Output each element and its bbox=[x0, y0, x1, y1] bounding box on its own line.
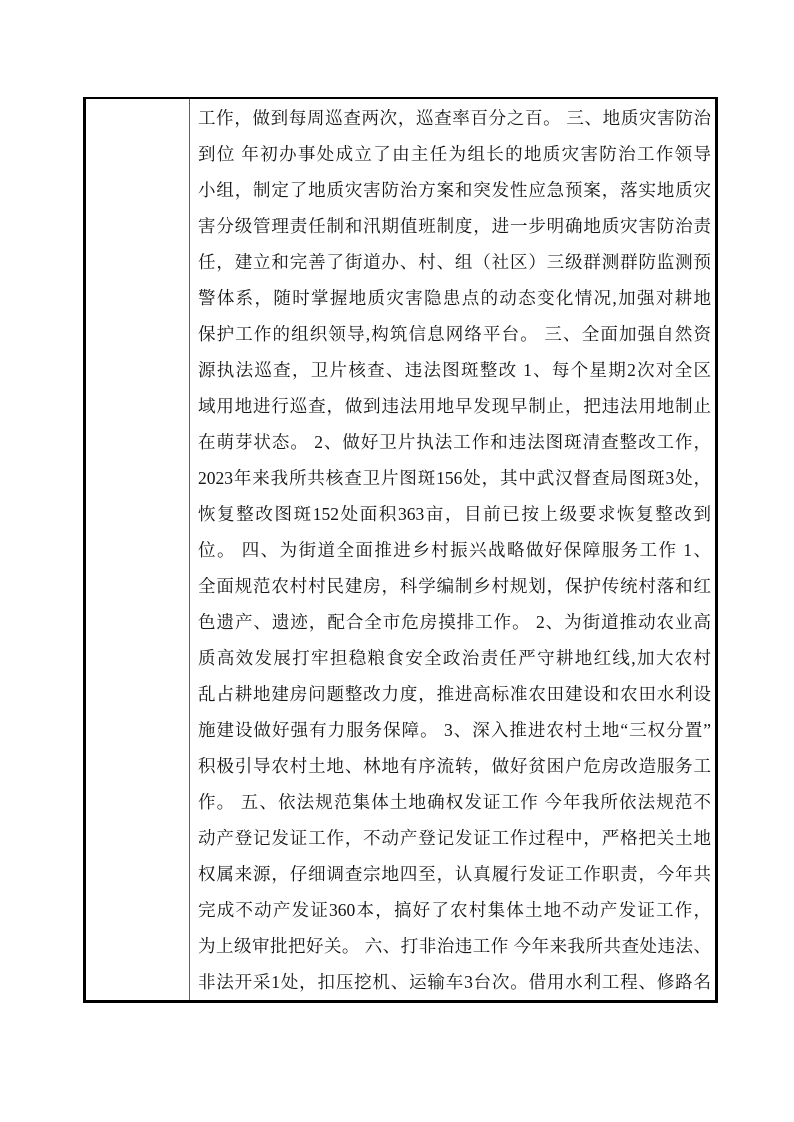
report-text-line: 作。 五、依法规范集体土地确权发证工作 今年我所依法规范不 bbox=[198, 784, 711, 820]
report-text-line: 色遗产、遗迹，配合全市危房摸排工作。 2、为街道推动农业高 bbox=[198, 604, 711, 640]
report-text-line: 全面规范农村村民建房，科学编制乡村规划，保护传统村落和红 bbox=[198, 568, 711, 604]
report-text-line: 完成不动产发证360本，搞好了农村集体土地不动产发证工作， bbox=[198, 892, 711, 928]
report-text-line: 域用地进行巡查，做到违法用地早发现早制止，把违法用地制止 bbox=[198, 388, 711, 424]
report-text-line: 小组，制定了地质灾害防治方案和突发性应急预案，落实地质灾 bbox=[198, 172, 711, 208]
report-text-line: 非法开采1处，扣压挖机、运输车3台次。借用水利工程、修路名 bbox=[198, 964, 711, 1000]
report-text-line: 动产登记发证工作，不动产登记发证工作过程中，严格把关土地 bbox=[198, 820, 711, 856]
report-text-line: 施建设做好强有力服务保障。 3、深入推进农村土地“三权分置” bbox=[198, 712, 711, 748]
report-text-line: 质高效发展打牢担稳粮食安全政治责任严守耕地红线,加大农村 bbox=[198, 640, 711, 676]
report-text-line: 任，建立和完善了街道办、村、组（社区）三级群测群防监测预 bbox=[198, 244, 711, 280]
report-text-line: 保护工作的组织领导,构筑信息网络平台。 三、全面加强自然资 bbox=[198, 316, 711, 352]
report-text-line: 工作，做到每周巡查两次，巡查率百分之百。 三、地质灾害防治 bbox=[198, 100, 711, 136]
report-table: 工作，做到每周巡查两次，巡查率百分之百。 三、地质灾害防治到位 年初办事处成立了… bbox=[83, 97, 718, 1003]
table-label-cell bbox=[86, 99, 190, 1000]
report-text-line: 警体系，随时掌握地质灾害隐患点的动态变化情况,加强对耕地 bbox=[198, 280, 711, 316]
report-text-line: 2023年来我所共核查卫片图斑156处，其中武汉督查局图斑3处， bbox=[198, 460, 711, 496]
report-text-line: 积极引导农村土地、林地有序流转，做好贫困户危房改造服务工 bbox=[198, 748, 711, 784]
report-text-line: 乱占耕地建房问题整改力度，推进高标准农田建设和农田水利设 bbox=[198, 676, 711, 712]
report-text-line: 权属来源，仔细调查宗地四至，认真履行发证工作职责，今年共 bbox=[198, 856, 711, 892]
report-text-line: 源执法巡查，卫片核查、违法图斑整改 1、每个星期2次对全区 bbox=[198, 352, 711, 388]
report-text-block: 工作，做到每周巡查两次，巡查率百分之百。 三、地质灾害防治到位 年初办事处成立了… bbox=[198, 100, 711, 1000]
report-text-line: 害分级管理责任制和汛期值班制度，进一步明确地质灾害防治责 bbox=[198, 208, 711, 244]
report-text-line: 到位 年初办事处成立了由主任为组长的地质灾害防治工作领导 bbox=[198, 136, 711, 172]
report-text-line: 为上级审批把好关。 六、打非治违工作 今年来我所共查处违法、 bbox=[198, 928, 711, 964]
document-page: 工作，做到每周巡查两次，巡查率百分之百。 三、地质灾害防治到位 年初办事处成立了… bbox=[0, 0, 794, 1122]
report-text-line: 在萌芽状态。 2、做好卫片执法工作和违法图斑清查整改工作， bbox=[198, 424, 711, 460]
table-content-cell: 工作，做到每周巡查两次，巡查率百分之百。 三、地质灾害防治到位 年初办事处成立了… bbox=[190, 99, 715, 1000]
report-text-line: 位。 四、为街道全面推进乡村振兴战略做好保障服务工作 1、 bbox=[198, 532, 711, 568]
report-text-line: 恢复整改图斑152处面积363亩，目前已按上级要求恢复整改到 bbox=[198, 496, 711, 532]
